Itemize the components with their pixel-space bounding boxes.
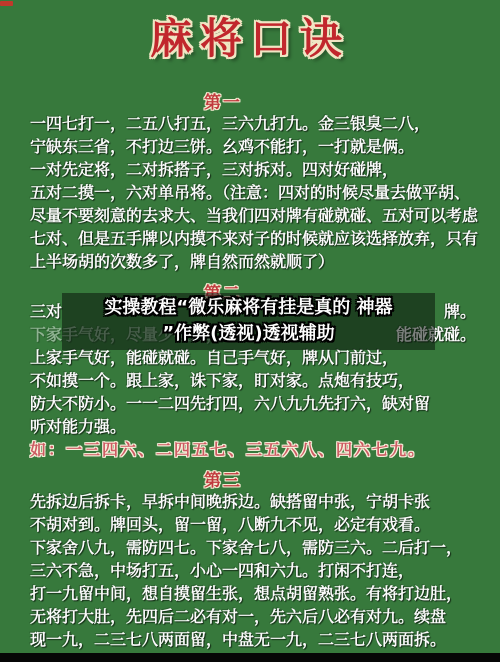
page-title: 麻将口诀 [0, 6, 500, 66]
section-3-line: 无将打大肚，先四后二必有对一，先六后八必有对九。续盘 [30, 605, 476, 628]
section-2-line: 不如摸一个。跟上家，诛下家，盯对家。点炮有技巧， [30, 369, 476, 392]
section-1-line: 七对、但是五手牌以内摸不来对子的时候就应该选择放弃，只有 [30, 227, 476, 250]
poster: 麻将口诀 第一 一四七打一，二五八打五，三六九打九。金三银臭二八， 宁缺东三省，… [0, 0, 500, 662]
bottom-black-bar [0, 653, 500, 662]
section-1-line: 宁缺东三省，不打边三饼。幺鸡不能打，一打就是俩。 [30, 135, 476, 158]
section-2-example-line: 如：一三四六、二四五七、三五六八、四六七九。 [30, 438, 476, 461]
section-1-line: 五对二摸一，六对单吊将。（注意：四对的时候尽量去做平胡、 [30, 181, 476, 204]
section-3-line: 下家舍八九，需防四七。下家舍七八，需防三六。二后打一， [30, 536, 476, 559]
section-1-line: 上半场胡的次数多了，牌自然而然就顺了） [30, 250, 476, 273]
section-1-line: 尽量不要刻意的去求大、当我们四对牌有碰就碰、五对可以考虑 [30, 204, 476, 227]
obscured-line-left: 三对 [30, 300, 62, 323]
obscured-line-right: 牌。 [444, 300, 476, 323]
section-2-line: 听对能力强。 [30, 415, 476, 438]
section-3-line: 不胡对到。牌回头，留一留，八断九不见，必定有戏看。 [30, 513, 476, 536]
section-1-line: 一对先定将，二对拆搭子，三对拆对。四对好碰牌， [30, 158, 476, 181]
section-1-header: 第一 [0, 88, 473, 113]
watermark-overlay: 实操教程“微乐麻将有挂是真的 神器 ”作弊(透视)透视辅助 [62, 293, 435, 350]
section-1-line: 一四七打一，二五八打五，三六九打九。金三银臭二八， [30, 112, 476, 135]
section-1-body: 一四七打一，二五八打五，三六九打九。金三银臭二八， 宁缺东三省，不打边三饼。幺鸡… [30, 112, 476, 273]
watermark-line-1: 实操教程“微乐麻将有挂是真的 神器 [62, 296, 435, 320]
section-3-line: 三六不急，中场打五，小心一四和六九。打闲不打连， [30, 559, 476, 582]
section-2-line: 防大不防小。一一二四先打四，六八九九先打六，缺对留 [30, 392, 476, 415]
section-3-body: 先拆边后拆卡，早拆中间晚拆边。缺搭留中张，宁胡卡张 不胡对到。牌回头，留一留，八… [30, 490, 476, 651]
section-3-line: 先拆边后拆卡，早拆中间晚拆边。缺搭留中张，宁胡卡张 [30, 490, 476, 513]
watermark-line-2: ”作弊(透视)透视辅助 [62, 322, 435, 346]
section-3-line: 打一九留中间，想自摸留生张，想点胡留熟张。有将打边肚， [30, 582, 476, 605]
section-3-header: 第三 [0, 466, 473, 491]
section-3-line: 现一九，二三七八两面留，中盘无一九，二三七八两面拆。 [30, 628, 476, 651]
